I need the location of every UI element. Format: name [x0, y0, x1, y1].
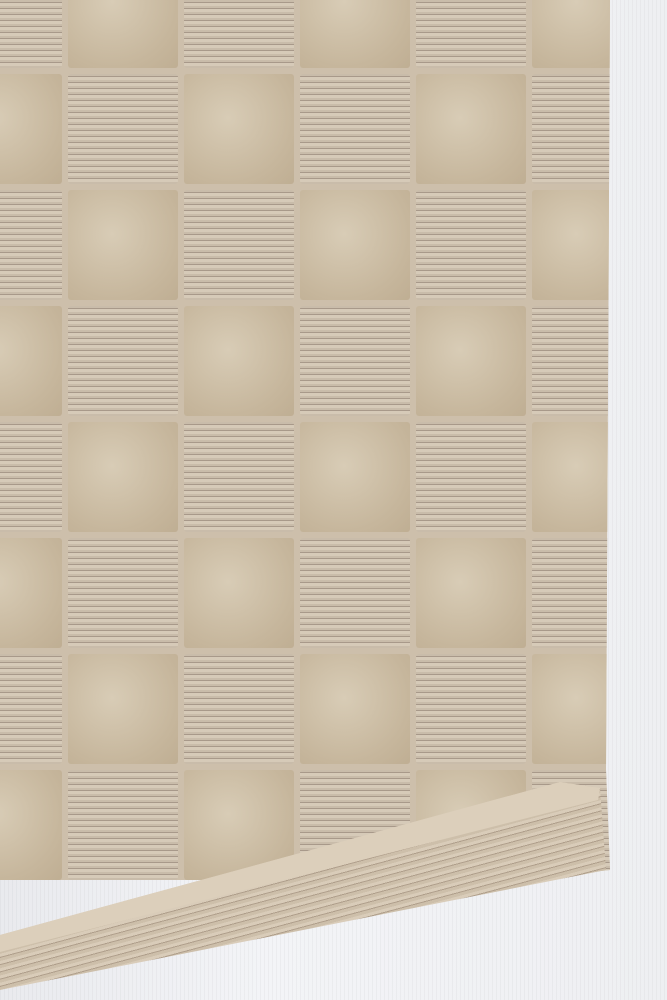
- rug-tile: [532, 306, 610, 416]
- rug-tile: [0, 190, 62, 300]
- rug-tile: [68, 74, 178, 184]
- rug-tile: [416, 654, 526, 764]
- rug-tile: [532, 538, 610, 648]
- rug-tile: [300, 538, 410, 648]
- rug-tile: [532, 654, 610, 764]
- rug-tile: [0, 770, 62, 880]
- rug-tile: [416, 74, 526, 184]
- rug-tile: [416, 306, 526, 416]
- rug-tile: [0, 422, 62, 532]
- rug-tile: [184, 422, 294, 532]
- rug-tile: [532, 422, 610, 532]
- rug-tile: [0, 306, 62, 416]
- rug-tile: [68, 654, 178, 764]
- rug-tile: [184, 74, 294, 184]
- rug-tile: [300, 306, 410, 416]
- rug-tile: [300, 190, 410, 300]
- rug-tile: [416, 538, 526, 648]
- rug-tile: [0, 74, 62, 184]
- rug-tile: [416, 0, 526, 68]
- rug-tile: [68, 538, 178, 648]
- rug-tile: [532, 74, 610, 184]
- rug-tile: [532, 190, 610, 300]
- rug-tile: [0, 538, 62, 648]
- rug-tile: [416, 190, 526, 300]
- rug-tile: [532, 0, 610, 68]
- rug-tile: [184, 654, 294, 764]
- rug-tile: [68, 190, 178, 300]
- rug-tile: [416, 422, 526, 532]
- rug-checker-grid: [0, 0, 610, 880]
- rug-tile: [300, 422, 410, 532]
- rug-tile: [0, 0, 62, 68]
- rug-tile: [184, 306, 294, 416]
- rug-tile: [184, 190, 294, 300]
- rug-tile: [300, 74, 410, 184]
- rug-tile: [68, 306, 178, 416]
- rug-tile: [68, 422, 178, 532]
- rug-tile: [68, 770, 178, 880]
- rug-tile: [300, 0, 410, 68]
- rug-tile: [0, 654, 62, 764]
- rug-tile: [68, 0, 178, 68]
- rug-tile: [184, 0, 294, 68]
- rug: [0, 0, 610, 880]
- rug-tile: [184, 538, 294, 648]
- rug-tile: [300, 654, 410, 764]
